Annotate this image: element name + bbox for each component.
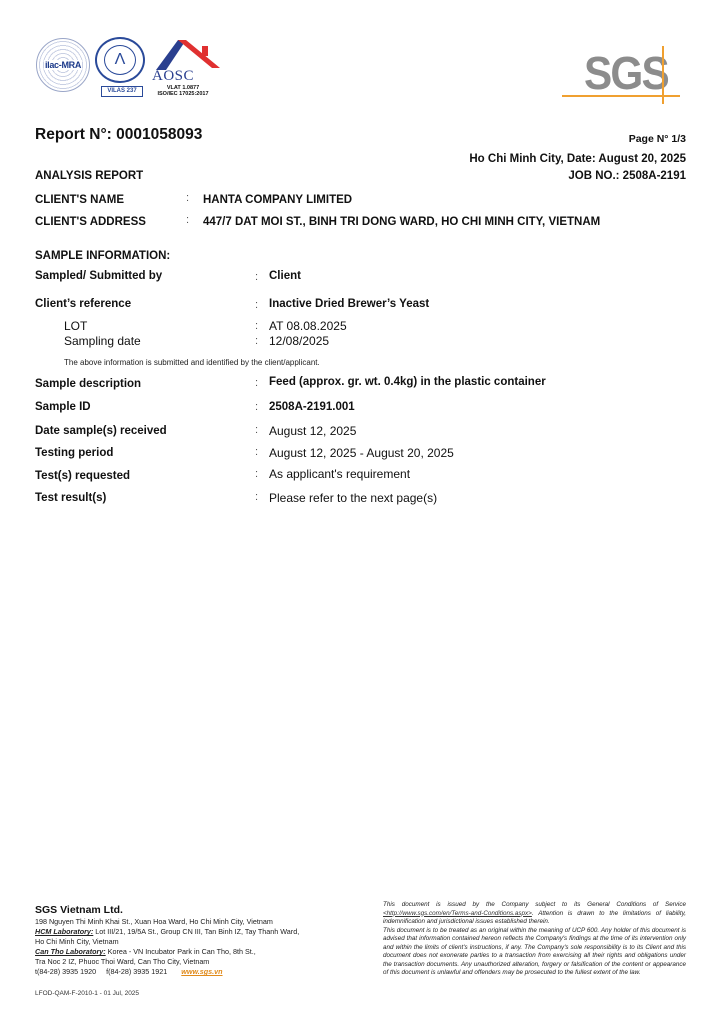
- footer-hcm-lab: HCM Laboratory: Lot III/21, 19/5A St., G…: [35, 927, 299, 937]
- bureau-of-accreditation-logo: Λ: [95, 37, 145, 83]
- footer-company-name: SGS Vietnam Ltd.: [35, 904, 123, 916]
- lot-value: AT 08.08.2025: [269, 319, 347, 333]
- date-received-value: August 12, 2025: [269, 424, 356, 438]
- lot-label: LOT: [64, 319, 87, 333]
- tests-requested-label: Test(s) requested: [35, 470, 130, 482]
- colon: :: [255, 468, 258, 480]
- test-results-value: Please refer to the next page(s): [269, 491, 437, 505]
- tests-requested-value: As applicant's requirement: [269, 467, 410, 481]
- job-number: JOB NO.: 2508A-2191: [400, 170, 686, 182]
- sample-info-title: SAMPLE INFORMATION:: [35, 250, 170, 262]
- client-address-value: 447/7 DAT MOI ST., BINH TRI DONG WARD, H…: [203, 216, 600, 228]
- colon: :: [255, 271, 258, 283]
- sample-description-value: Feed (approx. gr. wt. 0.4kg) in the plas…: [269, 376, 546, 388]
- sample-id-label: Sample ID: [35, 401, 91, 413]
- colon: :: [255, 377, 258, 389]
- client-address-label: CLIENT'S ADDRESS: [35, 216, 146, 228]
- footer-hcm-lab-city: Ho Chi Minh City, Vietnam: [35, 937, 299, 947]
- footer-contact: 198 Nguyen Thi Minh Khai St., Xuan Hoa W…: [35, 917, 299, 977]
- footer-phone-fax: t(84-28) 3935 1920 f(84-28) 3935 1921www…: [35, 967, 299, 977]
- colon: :: [255, 299, 258, 311]
- testing-period-value: August 12, 2025 - August 20, 2025: [269, 446, 454, 460]
- client-name-value: HANTA COMPANY LIMITED: [203, 194, 352, 206]
- sample-description-label: Sample description: [35, 378, 141, 390]
- colon: :: [255, 401, 258, 413]
- sampled-by-label: Sampled/ Submitted by: [35, 270, 162, 282]
- colon: :: [255, 335, 258, 347]
- report-date: Ho Chi Minh City, Date: August 20, 2025: [400, 153, 686, 165]
- page-number: Page N° 1/3: [560, 133, 686, 145]
- footer-cantho-lab-city: Tra Noc 2 IZ, Phuoc Thoi Ward, Can Tho C…: [35, 957, 299, 967]
- colon: :: [255, 446, 258, 458]
- client-name-label: CLIENT'S NAME: [35, 194, 124, 206]
- terms-link[interactable]: <http://www.sgs.com/en/Terms-and-Conditi…: [383, 910, 532, 917]
- sample-id-value: 2508A-2191.001: [269, 401, 355, 413]
- report-number: Report N°: 0001058093: [35, 126, 202, 144]
- ilac-mra-logo: ilac-MRA: [36, 38, 90, 92]
- vilas-tag: VILAS 237: [101, 86, 143, 97]
- client-info-note: The above information is submitted and i…: [64, 358, 320, 367]
- form-code: LFOD-QAM-F-2010-1 - 01 Jul, 2025: [35, 990, 139, 997]
- colon: :: [186, 214, 189, 226]
- accreditation-emblem-icon: Λ: [104, 45, 136, 75]
- aosc-certification: VLAT 1.0877ISO/IEC 17025:2017: [156, 85, 210, 97]
- sampled-by-value: Client: [269, 270, 301, 282]
- colon: :: [255, 320, 258, 332]
- colon: :: [255, 491, 258, 503]
- website-link[interactable]: www.sgs.vn: [181, 967, 222, 976]
- sampling-date-value: 12/08/2025: [269, 334, 329, 348]
- legal-disclaimer: This document is issued by the Company s…: [383, 901, 686, 978]
- colon: :: [186, 192, 189, 204]
- sampling-date-label: Sampling date: [64, 334, 141, 348]
- client-reference-value: Inactive Dried Brewer’s Yeast: [269, 298, 429, 310]
- sgs-logo-line: [662, 46, 664, 104]
- footer-address: 198 Nguyen Thi Minh Khai St., Xuan Hoa W…: [35, 917, 299, 927]
- client-reference-label: Client’s reference: [35, 298, 131, 310]
- date-received-label: Date sample(s) received: [35, 425, 167, 437]
- test-results-label: Test result(s): [35, 492, 106, 504]
- colon: :: [255, 424, 258, 436]
- aosc-logo-text: AOSC: [152, 68, 194, 85]
- document-type: ANALYSIS REPORT: [35, 170, 143, 182]
- sgs-logo: SGS: [584, 48, 668, 98]
- testing-period-label: Testing period: [35, 447, 113, 459]
- footer-cantho-lab: Can Tho Laboratory: Korea - VN Incubator…: [35, 947, 299, 957]
